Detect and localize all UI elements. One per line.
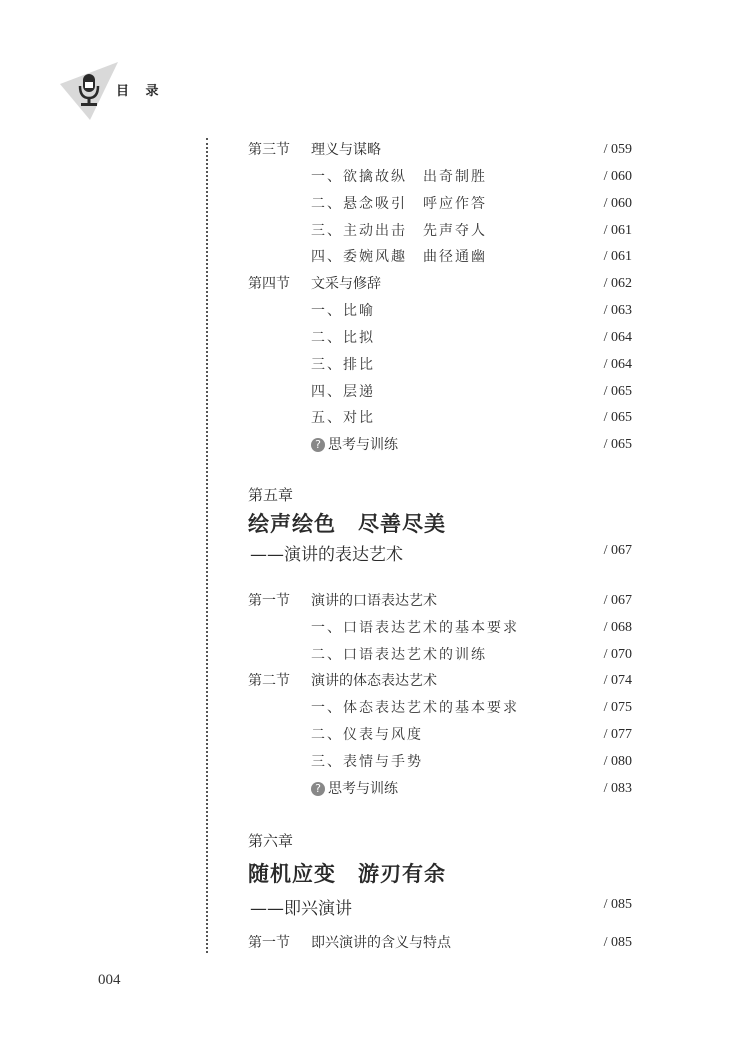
page-ref: / 063 (604, 300, 632, 322)
page-ref: / 064 (604, 327, 632, 349)
page-ref: / 065 (604, 434, 632, 456)
item-label: 一、比喻 (311, 300, 375, 322)
section-number: 第四节 (248, 273, 290, 295)
page-ref: / 085 (604, 897, 632, 913)
toc-item[interactable]: 二、仪表与风度 / 077 (248, 724, 632, 746)
toc-item[interactable]: 一、体态表达艺术的基本要求 / 075 (248, 697, 632, 719)
page-ref: / 060 (604, 166, 632, 188)
exercise-label: 思考与训练 (328, 781, 398, 797)
item-label: 三、主动出击 先声夺人 (311, 220, 487, 242)
item-label: 三、排比 (311, 354, 375, 376)
toc-item[interactable]: 二、口语表达艺术的训练 / 070 (248, 644, 632, 666)
toc-section[interactable]: 第二节 演讲的体态表达艺术 / 074 (248, 670, 632, 692)
item-label: 二、仪表与风度 (311, 724, 423, 746)
toc-section[interactable]: 第四节 文采与修辞 / 062 (248, 273, 632, 295)
page-ref: / 067 (604, 543, 632, 559)
page-ref: / 075 (604, 697, 632, 719)
toc-item[interactable]: 一、欲擒故纵 出奇制胜 / 060 (248, 166, 632, 188)
section-number: 第三节 (248, 139, 290, 161)
chapter-title[interactable]: 随机应变 游刃有余 (248, 858, 446, 888)
item-label: 二、比拟 (311, 327, 375, 349)
page-ref: / 059 (604, 139, 632, 161)
item-label: 二、悬念吸引 呼应作答 (311, 193, 487, 215)
toc-section[interactable]: 第一节 演讲的口语表达艺术 / 067 (248, 590, 632, 612)
page-ref: / 077 (604, 724, 632, 746)
item-label: 四、委婉风趣 曲径通幽 (311, 246, 487, 268)
page-ref: / 080 (604, 751, 632, 773)
section-title: 理义与谋略 (311, 139, 381, 161)
toc-item[interactable]: 四、委婉风趣 曲径通幽 / 061 (248, 246, 632, 268)
page-ref: / 085 (604, 932, 632, 954)
toc-exercise[interactable]: ?思考与训练 / 083 (248, 778, 632, 800)
toc-item[interactable]: 二、悬念吸引 呼应作答 / 060 (248, 193, 632, 215)
chapter-subtitle: ——演讲的表达艺术 (250, 545, 403, 565)
page-ref: / 061 (604, 246, 632, 268)
chapter-subtitle: ——即兴演讲 (250, 899, 352, 919)
chapter-subtitle-row[interactable]: ——演讲的表达艺术 / 067 (250, 540, 632, 565)
toc-item[interactable]: 五、对比 / 065 (248, 407, 632, 429)
exercise-label-wrap: ?思考与训练 (311, 778, 398, 800)
toc-item[interactable]: 二、比拟 / 064 (248, 327, 632, 349)
item-label: 二、口语表达艺术的训练 (311, 644, 487, 666)
chapter-subtitle-row[interactable]: ——即兴演讲 / 085 (250, 894, 632, 919)
page-ref: / 062 (604, 273, 632, 295)
item-label: 五、对比 (311, 407, 375, 429)
section-title: 即兴演讲的含义与特点 (311, 932, 451, 954)
toc-section[interactable]: 第三节 理义与谋略 / 059 (248, 139, 632, 161)
question-icon: ? (311, 782, 325, 796)
toc-item[interactable]: 一、比喻 / 063 (248, 300, 632, 322)
section-title: 文采与修辞 (311, 273, 381, 295)
item-label: 一、体态表达艺术的基本要求 (311, 697, 519, 719)
toc-item[interactable]: 三、排比 / 064 (248, 354, 632, 376)
section-number: 第一节 (248, 932, 290, 954)
chapter-number: 第五章 (248, 484, 293, 505)
page-ref: / 065 (604, 381, 632, 403)
exercise-label-wrap: ?思考与训练 (311, 434, 398, 456)
page-ref: / 060 (604, 193, 632, 215)
toc-item[interactable]: 四、层递 / 065 (248, 381, 632, 403)
item-label: 一、欲擒故纵 出奇制胜 (311, 166, 487, 188)
page-ref: / 067 (604, 590, 632, 612)
page-ref: / 074 (604, 670, 632, 692)
item-label: 三、表情与手势 (311, 751, 423, 773)
toc-section[interactable]: 第一节 即兴演讲的含义与特点 / 085 (248, 932, 632, 954)
page-ref: / 065 (604, 407, 632, 429)
section-title: 演讲的口语表达艺术 (311, 590, 437, 612)
toc-item[interactable]: 三、主动出击 先声夺人 / 061 (248, 220, 632, 242)
page-ref: / 070 (604, 644, 632, 666)
item-label: 一、口语表达艺术的基本要求 (311, 617, 519, 639)
toc-exercise[interactable]: ?思考与训练 / 065 (248, 434, 632, 456)
question-icon: ? (311, 438, 325, 452)
exercise-label: 思考与训练 (328, 437, 398, 453)
page-number: 004 (98, 972, 121, 989)
page-ref: / 061 (604, 220, 632, 242)
toc-header: 目 录 (58, 62, 178, 122)
chapter-number: 第六章 (248, 830, 293, 851)
section-number: 第一节 (248, 590, 290, 612)
item-label: 四、层递 (311, 381, 375, 403)
page-ref: / 083 (604, 778, 632, 800)
page-ref: / 064 (604, 354, 632, 376)
toc-title: 目 录 (116, 80, 165, 99)
toc-item[interactable]: 三、表情与手势 / 080 (248, 751, 632, 773)
dotted-divider (206, 138, 208, 953)
toc-item[interactable]: 一、口语表达艺术的基本要求 / 068 (248, 617, 632, 639)
page-ref: / 068 (604, 617, 632, 639)
section-number: 第二节 (248, 670, 290, 692)
section-title: 演讲的体态表达艺术 (311, 670, 437, 692)
chapter-title[interactable]: 绘声绘色 尽善尽美 (248, 508, 446, 538)
